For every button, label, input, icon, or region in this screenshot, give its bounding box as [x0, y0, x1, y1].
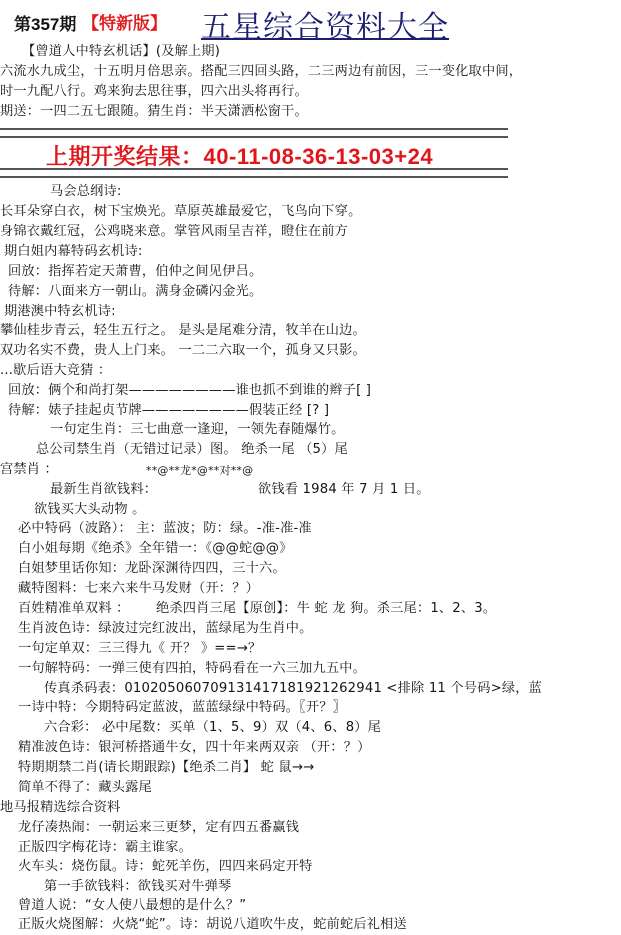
divider: [0, 168, 508, 178]
divider: [0, 128, 508, 138]
info-line: 白姐梦里话你知：龙卧深渊待四四，三十六。: [18, 560, 286, 578]
intro-heading: 【曾道人中特玄机话】(及解上期): [22, 43, 220, 61]
intro-line: 时一九配八行。鸡来狗去思往事，四六出头将再行。: [0, 83, 308, 101]
info-line: 火车头：烧伤鼠。诗：蛇死羊伤，四四来码定开特: [18, 858, 313, 876]
info-line: 正版四字梅花诗：霸主谁家。: [18, 839, 192, 857]
info-line: 藏特图料：七来六来牛马发财（开：？）: [18, 580, 259, 598]
info-line: 龙仔凑热闹：一朝运来三更梦，定有四五番赢钱: [18, 819, 299, 837]
info-line: 特期期禁二肖(请长期跟踪)【绝杀二肖】 蛇 鼠→→: [18, 759, 314, 777]
info-line: 第一手欲钱料：欲钱买对牛弹琴: [44, 878, 231, 896]
poem-line: 长耳朵穿白衣，树下宝焕光。草原英雄最爱它，飞鸟向下穿。: [0, 203, 361, 221]
result-label: 上期开奖结果：: [46, 144, 204, 169]
riddle-line: 待解：婊子挂起贞节牌————————假装正经 [? ]: [8, 402, 329, 420]
info-value: **@**龙*@**对**@: [146, 462, 253, 480]
intro-line: 期送：一四二五七跟随。猜生肖：半天潇洒松窗干。: [0, 103, 308, 121]
intro-line: 六流水九成尘，十五明月倍思亲。搭配三四回头路，二三两边有前因，三一变化取中间，: [0, 63, 522, 81]
info-label: 最新生肖欲钱料：: [50, 481, 157, 499]
info-value: 欲钱看 1984 年 7 月 1 日。: [258, 481, 430, 499]
poem-line: 双功名实不费，贵人上门来。 一二二六取一个，孤身又只影。: [0, 342, 366, 360]
info-line: 曾道人说：“女人使八最想的是什么？”: [18, 897, 246, 915]
result-numbers: 40-11-08-36-13-03+24: [204, 144, 434, 169]
info-line: 生肖波色诗：绿波过完红波出，蓝绿尾为生肖中。: [18, 620, 313, 638]
info-line: 欲钱买大头动物 。: [34, 501, 146, 519]
info-line: 简单不得了：藏头露尾: [18, 779, 152, 797]
info-value: 绝杀四肖三尾【原创】：牛 蛇 龙 狗。杀三尾：1、2、3。: [156, 600, 496, 618]
info-line: 一句解特码：一弹三使有四拍，特码看在一六三加九五中。: [18, 660, 366, 678]
section-heading: 马会总纲诗:: [50, 183, 122, 201]
poem-line: 攀仙桂步青云，轻生五行之。 是头是尾难分清，牧羊在山边。: [0, 322, 366, 340]
page-title: 五星综合资料大全: [201, 2, 449, 46]
info-line: 传真杀码表：010205060709131417181921262941 <排除…: [44, 680, 542, 698]
info-line: 六合彩： 必中尾数：买单（1、5、9）双（4、6、8）尾: [44, 719, 381, 737]
info-line: 必中特码（波路）： 主：蓝波；防：绿。-准-准-准: [18, 520, 312, 538]
info-line: 一诗中特：今期特码定蓝波，蓝蓝绿绿中特码。〖开？〗: [18, 699, 346, 717]
info-label: 宫禁肖 ：: [0, 461, 58, 479]
info-line: 一句定生肖：三七曲意一逢迎，一领先春随爆竹。: [50, 421, 345, 439]
section-heading: ...歇后语大竞猜 ：: [0, 362, 111, 380]
info-line: 正版火烧图解：火烧“蛇”。诗：胡说八道吹牛皮，蛇前蛇后礼相送: [18, 916, 407, 934]
section-heading: 期白姐内幕特码玄机诗:: [4, 243, 143, 261]
section-heading: 期港澳中特玄机诗:: [4, 303, 116, 321]
info-line: 总公司禁生肖（无错过记录）图。 绝杀一尾 （5）尾: [36, 441, 348, 459]
poem-line: 待解：八面来方一朝山。满身金磷闪金光。: [8, 283, 262, 301]
poem-line: 回放：指挥若定天萧曹，伯仲之间见伊吕。: [8, 263, 262, 281]
poem-line: 身锦衣戴红冠，公鸡晓来意。掌管风雨呈吉祥，瞪住在前方: [0, 223, 348, 241]
issue-number: 第357期: [14, 10, 76, 35]
info-line: 一句定单双：三三得九《 开？ 》==→？: [18, 640, 261, 658]
info-line: 精准波色诗：银河桥搭通牛女，四十年来两双亲 （开：？）: [18, 739, 370, 757]
last-draw-result: 上期开奖结果：40-11-08-36-13-03+24: [46, 140, 433, 171]
section-heading: 地马报精选综合资料: [0, 799, 121, 817]
edition-badge: 【特新版】: [82, 9, 167, 34]
riddle-line: 回放：俩个和尚打架————————谁也抓不到谁的辫子[ ]: [8, 382, 371, 400]
info-line: 白小姐每期《绝杀》全年错一：《@@蛇@@》: [18, 540, 293, 558]
info-label: 百姓精准单双料 ：: [18, 600, 130, 618]
